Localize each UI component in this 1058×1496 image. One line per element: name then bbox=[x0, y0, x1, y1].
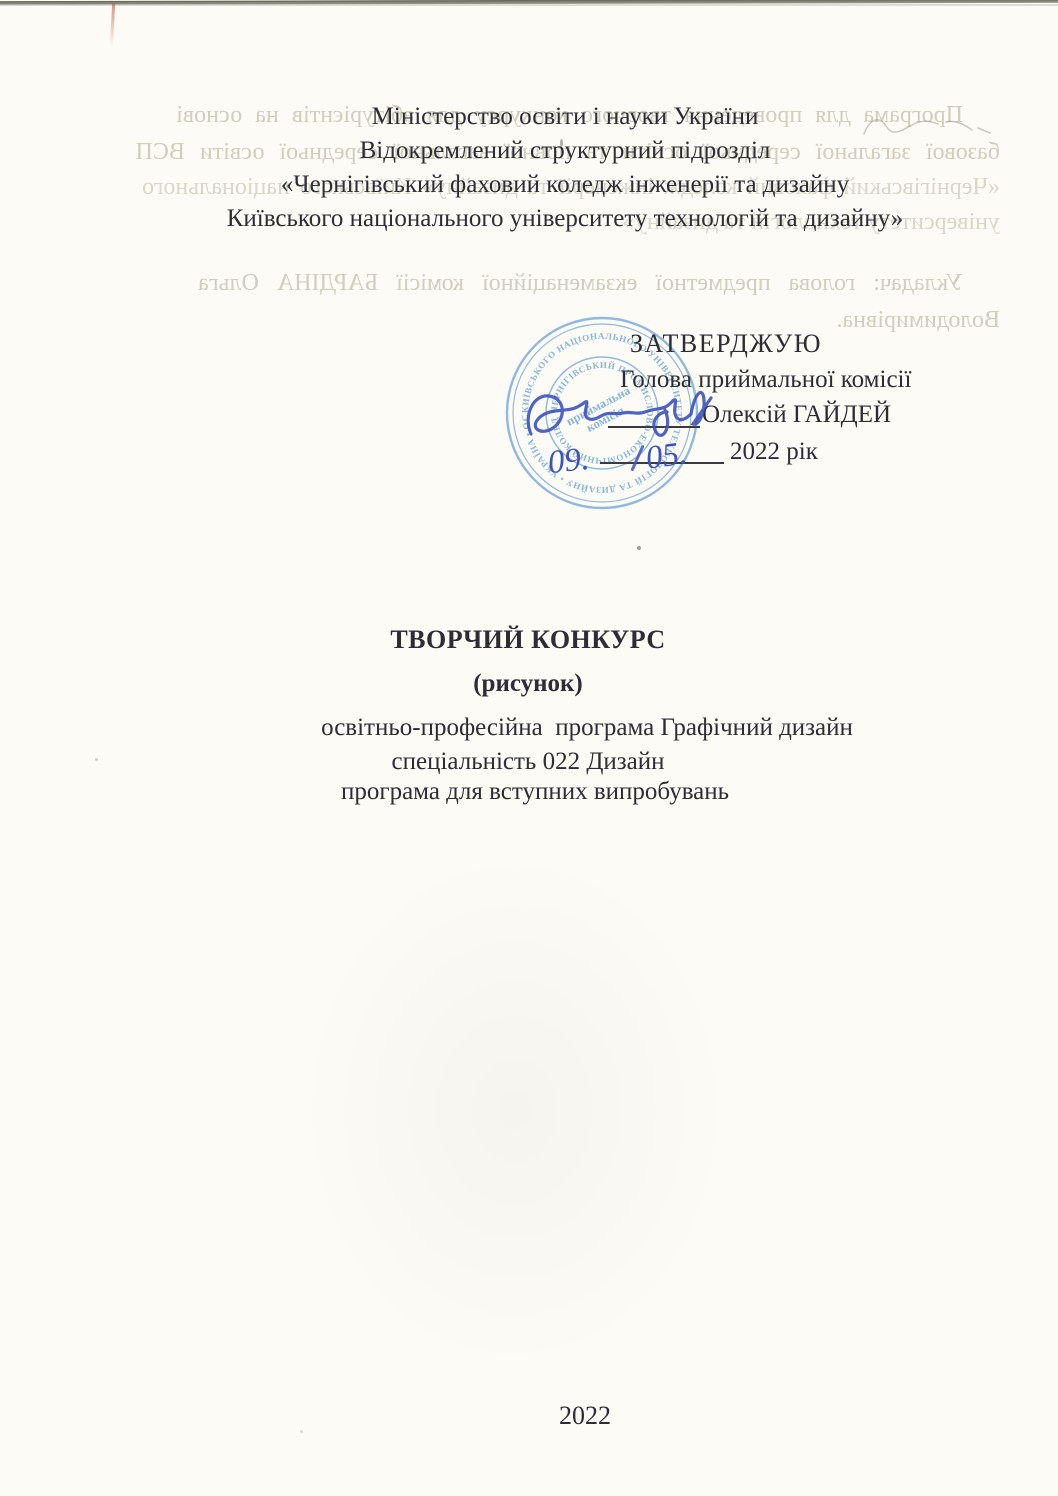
ministry-line: Міністерство освіти і науки України bbox=[65, 101, 1058, 132]
program-line: освітньо-професійна програма Графічний д… bbox=[87, 712, 1058, 743]
document-subtitle: (рисунок) bbox=[28, 668, 1028, 699]
scanned-document-page: Програма для проведення творчого конкурс… bbox=[0, 0, 1058, 1496]
university-name-line: Київського національного університету те… bbox=[65, 203, 1058, 234]
red-scratch-mark bbox=[110, 3, 115, 47]
purpose-line: програма для вступних випробувань bbox=[35, 776, 1035, 807]
college-name-line: «Чернігівський фаховий коледж інженерії … bbox=[65, 169, 1058, 200]
subdivision-line: Відокремлений структурний підрозділ bbox=[65, 135, 1058, 166]
paper-blotch bbox=[300, 850, 730, 1370]
signature-handwriting-icon bbox=[515, 368, 745, 478]
approve-word: ЗАТВЕРДЖУЮ bbox=[630, 328, 822, 361]
footer-year: 2022 bbox=[85, 1400, 1058, 1433]
specialty-line: спеціальність 022 Дизайн bbox=[28, 746, 1028, 777]
ink-speck bbox=[637, 546, 641, 550]
document-title: ТВОРЧИЙ КОНКУРС bbox=[28, 624, 1028, 657]
bleedthrough-line: Укладач: голова предметної екзаменаційно… bbox=[198, 268, 963, 298]
scan-top-edge-light bbox=[0, 4, 1058, 6]
bleedthrough-line: Володимирівна. bbox=[836, 305, 1000, 335]
